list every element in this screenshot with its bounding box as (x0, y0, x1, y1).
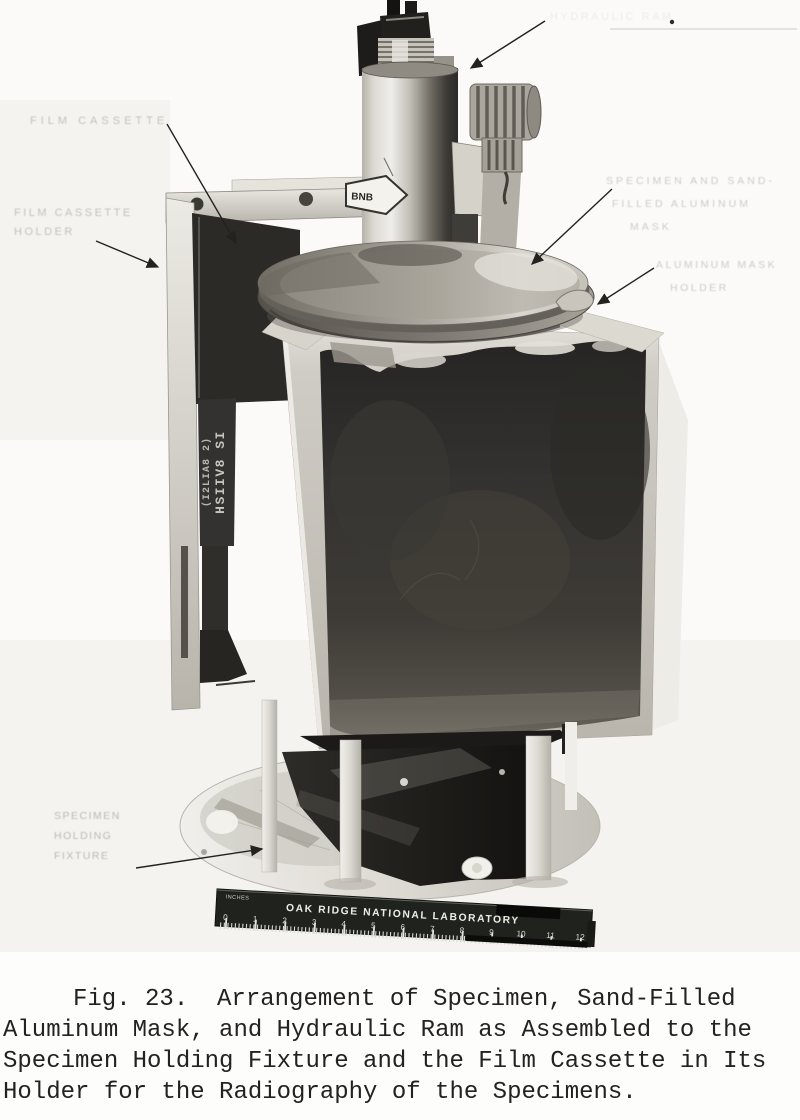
stencil-marking: (I2LIA8 2) (201, 437, 213, 507)
label-mask-holder: ALUMINUM MASK HOLDER (656, 254, 777, 300)
bolt-knob (299, 192, 313, 206)
caption-line: Fig. 23. Arrangement of Specimen, Sand-F… (3, 984, 797, 1015)
caption-line: Holder for the Radiography of the Specim… (3, 1077, 797, 1108)
fixture-leg (526, 736, 551, 880)
figure-photograph: HSIIV8 SI (I2LIA8 2) (0, 0, 800, 952)
caption-line: Aluminum Mask, and Hydraulic Ram as Asse… (3, 1015, 797, 1046)
fixture-leg (340, 740, 361, 882)
label-sand-filled-mask: SPECIMEN AND SAND- FILLED ALUMINUM MASK (606, 170, 775, 239)
specimen-box (262, 300, 688, 749)
fixture-leg (565, 722, 577, 810)
stencil-marking: HSIIV8 SI (213, 430, 228, 514)
sand-filled-mask-disk (258, 241, 594, 342)
label-hydraulic-ram: HYDRAULIC RAM (550, 8, 674, 27)
caption-line: Specimen Holding Fixture and the Film Ca… (3, 1046, 797, 1077)
ram-cylinder-body (362, 68, 458, 258)
label-film-cassette: FILM CASSETTE (30, 112, 168, 131)
figure-caption: Fig. 23. Arrangement of Specimen, Sand-F… (3, 984, 797, 1108)
tag-text: BNB (351, 191, 373, 203)
fixture-leg (262, 700, 277, 872)
scanned-report-page: HSIIV8 SI (I2LIA8 2) (0, 0, 800, 1120)
label-film-cassette-holder: FILM CASSETTE HOLDER (14, 204, 133, 242)
label-specimen-holding-fixture: SPECIMEN HOLDING FIXTURE (54, 806, 121, 866)
